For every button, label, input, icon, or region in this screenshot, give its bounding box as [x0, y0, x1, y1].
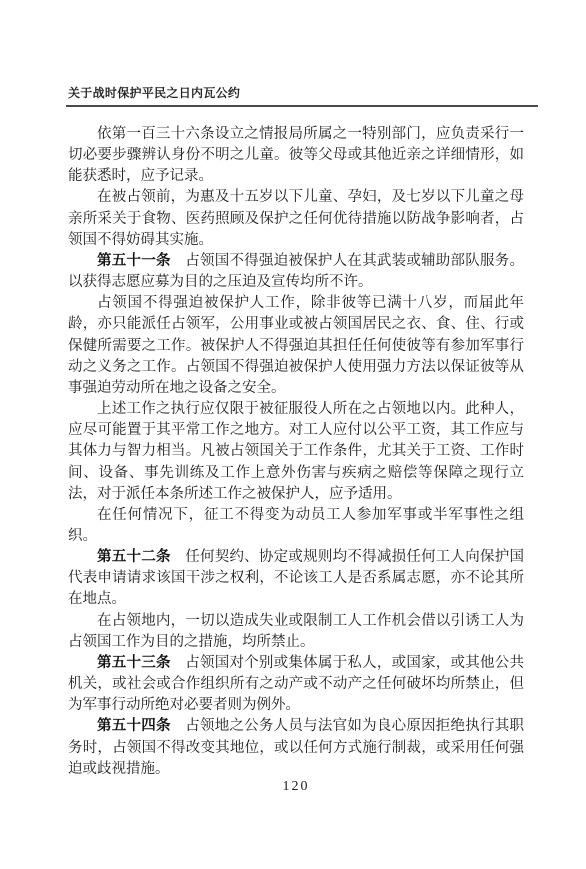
body-paragraph: 在占领地内，一切以造成失业或限制工人工作机会借以引诱工人为占领国工作为目的之措施… — [68, 611, 524, 653]
article-number: 第五十一条 — [97, 253, 171, 269]
header-rule — [66, 105, 538, 107]
article-paragraph: 第五十四条占领地之公务人员与法官如为良心原因拒绝执行其职务时，占领国不得改变其地… — [68, 716, 524, 779]
body-paragraph: 占领国不得强迫被保护人工作，除非彼等已满十八岁，而届此年龄，亦只能派任占领军，公… — [68, 293, 524, 399]
running-head-title: 关于战时保护平民之日内瓦公约 — [68, 84, 240, 101]
body-paragraph: 在任何情况下，征工不得变为动员工人参加军事或半军事性之组织。 — [68, 505, 524, 547]
body-paragraph: 在被占领前，为惠及十五岁以下儿童、孕妇，及七岁以下儿童之母亲所采关于食物、医药照… — [68, 187, 524, 250]
document-page: 关于战时保护平民之日内瓦公约 依第一百三十六条设立之情报局所属之一特别部门，应负… — [0, 0, 586, 869]
article-number: 第五十二条 — [97, 549, 171, 565]
article-number: 第五十三条 — [97, 655, 171, 671]
article-paragraph: 第五十三条占领国对个别或集体属于私人，或国家，或其他公共机关，或社会或合作组织所… — [68, 653, 524, 716]
page-number: 120 — [68, 779, 524, 795]
article-paragraph: 第五十二条任何契约、协定或规则均不得减损任何工人向保护国代表申请请求该国干涉之权… — [68, 547, 524, 610]
article-number: 第五十四条 — [97, 718, 171, 734]
article-text: 依第一百三十六条设立之情报局所属之一特别部门，应负责采行一切必要步骤辨认身份不明… — [68, 124, 524, 780]
article-paragraph: 第五十一条占领国不得强迫被保护人在其武装或辅助部队服务。以获得志愿应募为目的之压… — [68, 251, 524, 293]
body-paragraph: 依第一百三十六条设立之情报局所属之一特别部门，应负责采行一切必要步骤辨认身份不明… — [68, 124, 524, 187]
body-paragraph: 上述工作之执行应仅限于被征服役人所在之占领地以内。此种人，应尽可能置于其平常工作… — [68, 399, 524, 505]
